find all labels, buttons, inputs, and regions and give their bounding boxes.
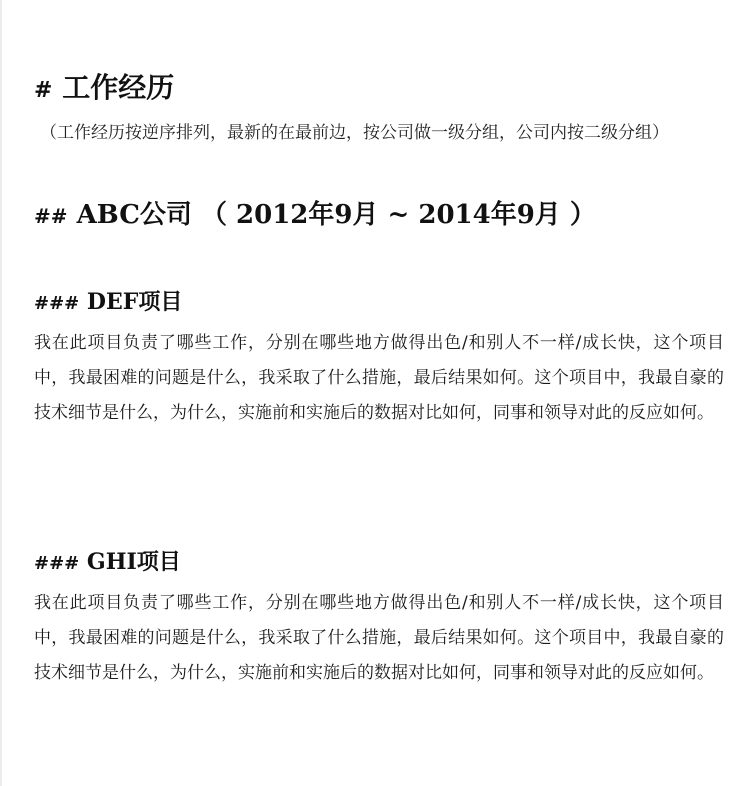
heading-marker: # [34,78,52,103]
project-heading-ghi: ### GHI项目 [34,546,181,580]
page-subtitle: （工作经历按逆序排列，最新的在最前边，按公司做一级分组，公司内按二级分组） [40,120,669,146]
heading-marker: ### [34,293,79,314]
page-title: # 工作经历 [34,68,174,111]
page-title-text: 工作经历 [62,71,174,104]
project-heading-def: ### DEF项目 [34,286,182,320]
project-description-def: 我在此项目负责了哪些工作，分别在哪些地方做得出色/和别人不一样/成长快，这个项目… [34,326,724,431]
project-heading-text: GHI项目 [87,549,181,575]
project-description-ghi: 我在此项目负责了哪些工作，分别在哪些地方做得出色/和别人不一样/成长快，这个项目… [34,586,724,691]
company-heading-text: ABC公司 （ 2012年9月 ~ 2014年9月 ） [77,200,596,230]
heading-marker: ## [34,204,68,228]
company-heading: ## ABC公司 （ 2012年9月 ~ 2014年9月 ） [34,196,596,235]
heading-marker: ### [34,553,79,574]
project-heading-text: DEF项目 [87,289,182,315]
